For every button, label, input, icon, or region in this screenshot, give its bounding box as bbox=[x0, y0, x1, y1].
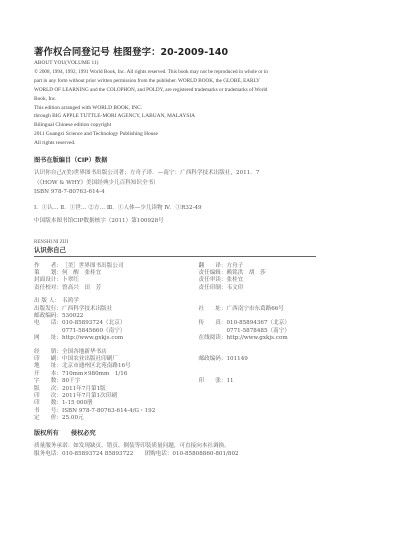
credit-value: 韦文印 bbox=[227, 285, 244, 291]
cip-classification: Ⅰ．①认… Ⅱ．①世… ②方… Ⅲ．①人体—少儿读物 Ⅳ．①R32-49 bbox=[34, 204, 316, 214]
credit-label: 责任校对： bbox=[34, 285, 62, 292]
printing-block: 经 销：全国各地新华书店 印 刷：中国农业出版社印刷厂 邮政编码：101149 … bbox=[34, 349, 316, 423]
credit-value: 卜翠红 bbox=[62, 277, 79, 283]
publisher-value: 530022 bbox=[62, 313, 83, 319]
divider bbox=[34, 256, 316, 257]
book-title: 认识你自己 bbox=[34, 246, 316, 255]
printing-label: 地 址： bbox=[34, 363, 62, 370]
copyright-page: 著作权合同登记号 桂图登字：20-2009-140 ABOUT YOU(VOLU… bbox=[34, 47, 316, 459]
rights-right: 侵权必究 bbox=[71, 430, 96, 437]
credit-row: 作 者：［美］世界图书出版公司 翻 译：方舟子 bbox=[34, 263, 316, 270]
publisher-value: 0771-5845660（南宁） bbox=[62, 328, 125, 334]
registration-title: 著作权合同登记号 桂图登字：20-2009-140 bbox=[34, 47, 316, 59]
printing-value: 25.00元 bbox=[62, 415, 84, 421]
book-pinyin-title: RENSHI NI ZIJI bbox=[34, 239, 316, 246]
publisher-value: 广西南宁市东葛路66号 bbox=[227, 306, 284, 312]
english-line: 2011 Guangxi Science and Technology Publ… bbox=[34, 130, 316, 139]
printing-row: 地 址：北京市通州区北苑南路16号 bbox=[34, 363, 316, 370]
publisher-label: 社 址： bbox=[199, 306, 227, 313]
publisher-label: 在线阅读： bbox=[199, 335, 227, 342]
publisher-label: 出版发行： bbox=[34, 306, 62, 313]
printing-value: 全国各地新华书店 bbox=[62, 349, 107, 355]
service-block: 质量服务承诺：如发现缺页、错页、倒装等印装质量问题，可直接向本社调换。 服务电话… bbox=[34, 442, 316, 459]
credits-block: 作 者：［美］世界图书出版公司 翻 译：方舟子 策 划：何 醒 张桂宜 责任编辑… bbox=[34, 263, 316, 293]
printing-value: 2011年7月第1版 bbox=[62, 386, 106, 392]
publisher-row: 出版发行：广西科学技术出版社 社 址：广西南宁市东葛路66号 bbox=[34, 306, 316, 313]
cip-number: 中国版本图书馆CIP数据核字（2011）第100928号 bbox=[34, 217, 316, 227]
printing-label: 印 张： bbox=[199, 378, 227, 385]
printing-row: 经 销：全国各地新华书店 bbox=[34, 349, 316, 356]
online-reading-link[interactable]: http://www.gxkjs.com bbox=[227, 335, 288, 341]
credit-value: 张桂宜 bbox=[227, 277, 244, 283]
publisher-block: 出 版 人：韦鸿学 出版发行：广西科学技术出版社 社 址：广西南宁市东葛路66号… bbox=[34, 298, 316, 342]
english-copyright-block: ABOUT YOU(VOLUME 11) © 2008, 1994, 1992,… bbox=[34, 59, 316, 148]
printing-value: 101149 bbox=[227, 356, 248, 362]
english-line: through BIG APPLE TUTTLE-MORI AGENCY, LA… bbox=[34, 112, 316, 121]
publisher-row: 电 话：010-85893724（北京） 传 真：010-85894367（北京… bbox=[34, 320, 316, 327]
publisher-value: 010-85893724（北京） bbox=[62, 320, 125, 326]
credit-label: 责任审读： bbox=[199, 277, 227, 284]
printing-label: 经 销： bbox=[34, 349, 62, 356]
cip-block: 认识你自己/(美)世界图书出版公司著；方舟子译．—南宁：广西科学技术出版社，20… bbox=[34, 169, 316, 227]
publisher-label: 出 版 人： bbox=[34, 298, 62, 305]
printing-row: 版 次：2011年7月第1版 bbox=[34, 386, 316, 393]
printing-row: 字 数：80千字 印 张：11 bbox=[34, 378, 316, 385]
printing-value: 2011年7月第1次印刷 bbox=[62, 393, 117, 399]
printing-value: 80千字 bbox=[62, 378, 80, 384]
cip-isbn: ISBN 978-7-80763-614-4 bbox=[34, 188, 316, 198]
credit-row: 封面设计：卜翠红 责任审读：张桂宜 bbox=[34, 277, 316, 284]
printing-value: 1-15 000册 bbox=[62, 400, 93, 406]
publisher-row: 网 址：http://www.gxkjs.com 在线阅读：http://www… bbox=[34, 335, 316, 342]
publisher-label: 电 话： bbox=[34, 320, 62, 327]
rights-left: 版权所有 bbox=[34, 430, 59, 437]
english-line: Book, Inc. bbox=[34, 95, 316, 104]
cip-line: （《HOW & WHY》美国经典少儿百科知识全书） bbox=[34, 179, 316, 189]
publisher-row: 出 版 人：韦鸿学 bbox=[34, 298, 316, 305]
cip-heading: 图书在版编目（CIP）数据 bbox=[34, 156, 316, 165]
credit-value: 方舟子 bbox=[227, 263, 244, 269]
credit-value: 曾高兴 田 芳 bbox=[62, 285, 101, 291]
printing-label: 定 价： bbox=[34, 415, 62, 422]
english-line: © 2008, 1994, 1992, 1991 World Book, Inc… bbox=[34, 68, 316, 77]
english-line: part in any form without prior written p… bbox=[34, 77, 316, 86]
english-line: WORLD OF LEARNING and the COLOPHON, and … bbox=[34, 86, 316, 95]
english-line: This edition arranged with WORLD BOOK, I… bbox=[34, 104, 316, 113]
printing-value: 11 bbox=[227, 378, 234, 384]
service-line: 服务电话：010-85893724 85893722 团购电话：010-8580… bbox=[34, 450, 316, 459]
credit-label: 翻 译： bbox=[199, 263, 227, 270]
publisher-value: 广西科学技术出版社 bbox=[62, 306, 112, 312]
rights-reserved: 版权所有 侵权必究 bbox=[34, 429, 316, 438]
english-line: All rights reserved. bbox=[34, 139, 316, 148]
printing-label: 印 数： bbox=[34, 400, 62, 407]
credit-label: 作 者： bbox=[34, 263, 62, 270]
printing-label: 字 数： bbox=[34, 378, 62, 385]
printing-label: 邮政编码： bbox=[199, 356, 227, 363]
credit-label: 责任印制： bbox=[199, 285, 227, 292]
english-line: Bilingual Chinese edition copyright bbox=[34, 121, 316, 130]
english-line: ABOUT YOU(VOLUME 11) bbox=[34, 59, 316, 68]
printing-row: 印 数：1-15 000册 bbox=[34, 400, 316, 407]
printing-value: 710mm×980mm 1/16 bbox=[62, 371, 127, 377]
printing-value: 北京市通州区北苑南路16号 bbox=[62, 363, 131, 369]
publisher-value: 韦鸿学 bbox=[62, 298, 79, 304]
printing-row: 定 价：25.00元 bbox=[34, 415, 316, 422]
credit-label: 封面设计： bbox=[34, 277, 62, 284]
printing-label: 版 次： bbox=[34, 386, 62, 393]
credit-value: 何 醒 张桂宜 bbox=[62, 270, 101, 276]
printing-value: 中国农业出版社印刷厂 bbox=[62, 356, 118, 362]
publisher-label: 传 真： bbox=[199, 320, 227, 327]
cip-line: 认识你自己/(美)世界图书出版公司著；方舟子译．—南宁：广西科学技术出版社，20… bbox=[34, 169, 316, 179]
publisher-value: 0771-5878485（南宁） bbox=[227, 328, 290, 334]
publisher-label: 网 址： bbox=[34, 335, 62, 342]
service-line: 质量服务承诺：如发现缺页、错页、倒装等印装质量问题，可直接向本社调换。 bbox=[34, 442, 316, 451]
website-link[interactable]: http://www.gxkjs.com bbox=[62, 335, 123, 341]
credit-value: ［美］世界图书出版公司 bbox=[62, 263, 124, 269]
credit-row: 责任校对：曾高兴 田 芳 责任印制：韦文印 bbox=[34, 285, 316, 292]
credit-value: 赖铭洪 胡 莎 bbox=[227, 270, 266, 276]
printing-value: ISBN 978-7-80763-614-4/G・192 bbox=[62, 408, 155, 414]
publisher-value: 010-85894367（北京） bbox=[227, 320, 290, 326]
